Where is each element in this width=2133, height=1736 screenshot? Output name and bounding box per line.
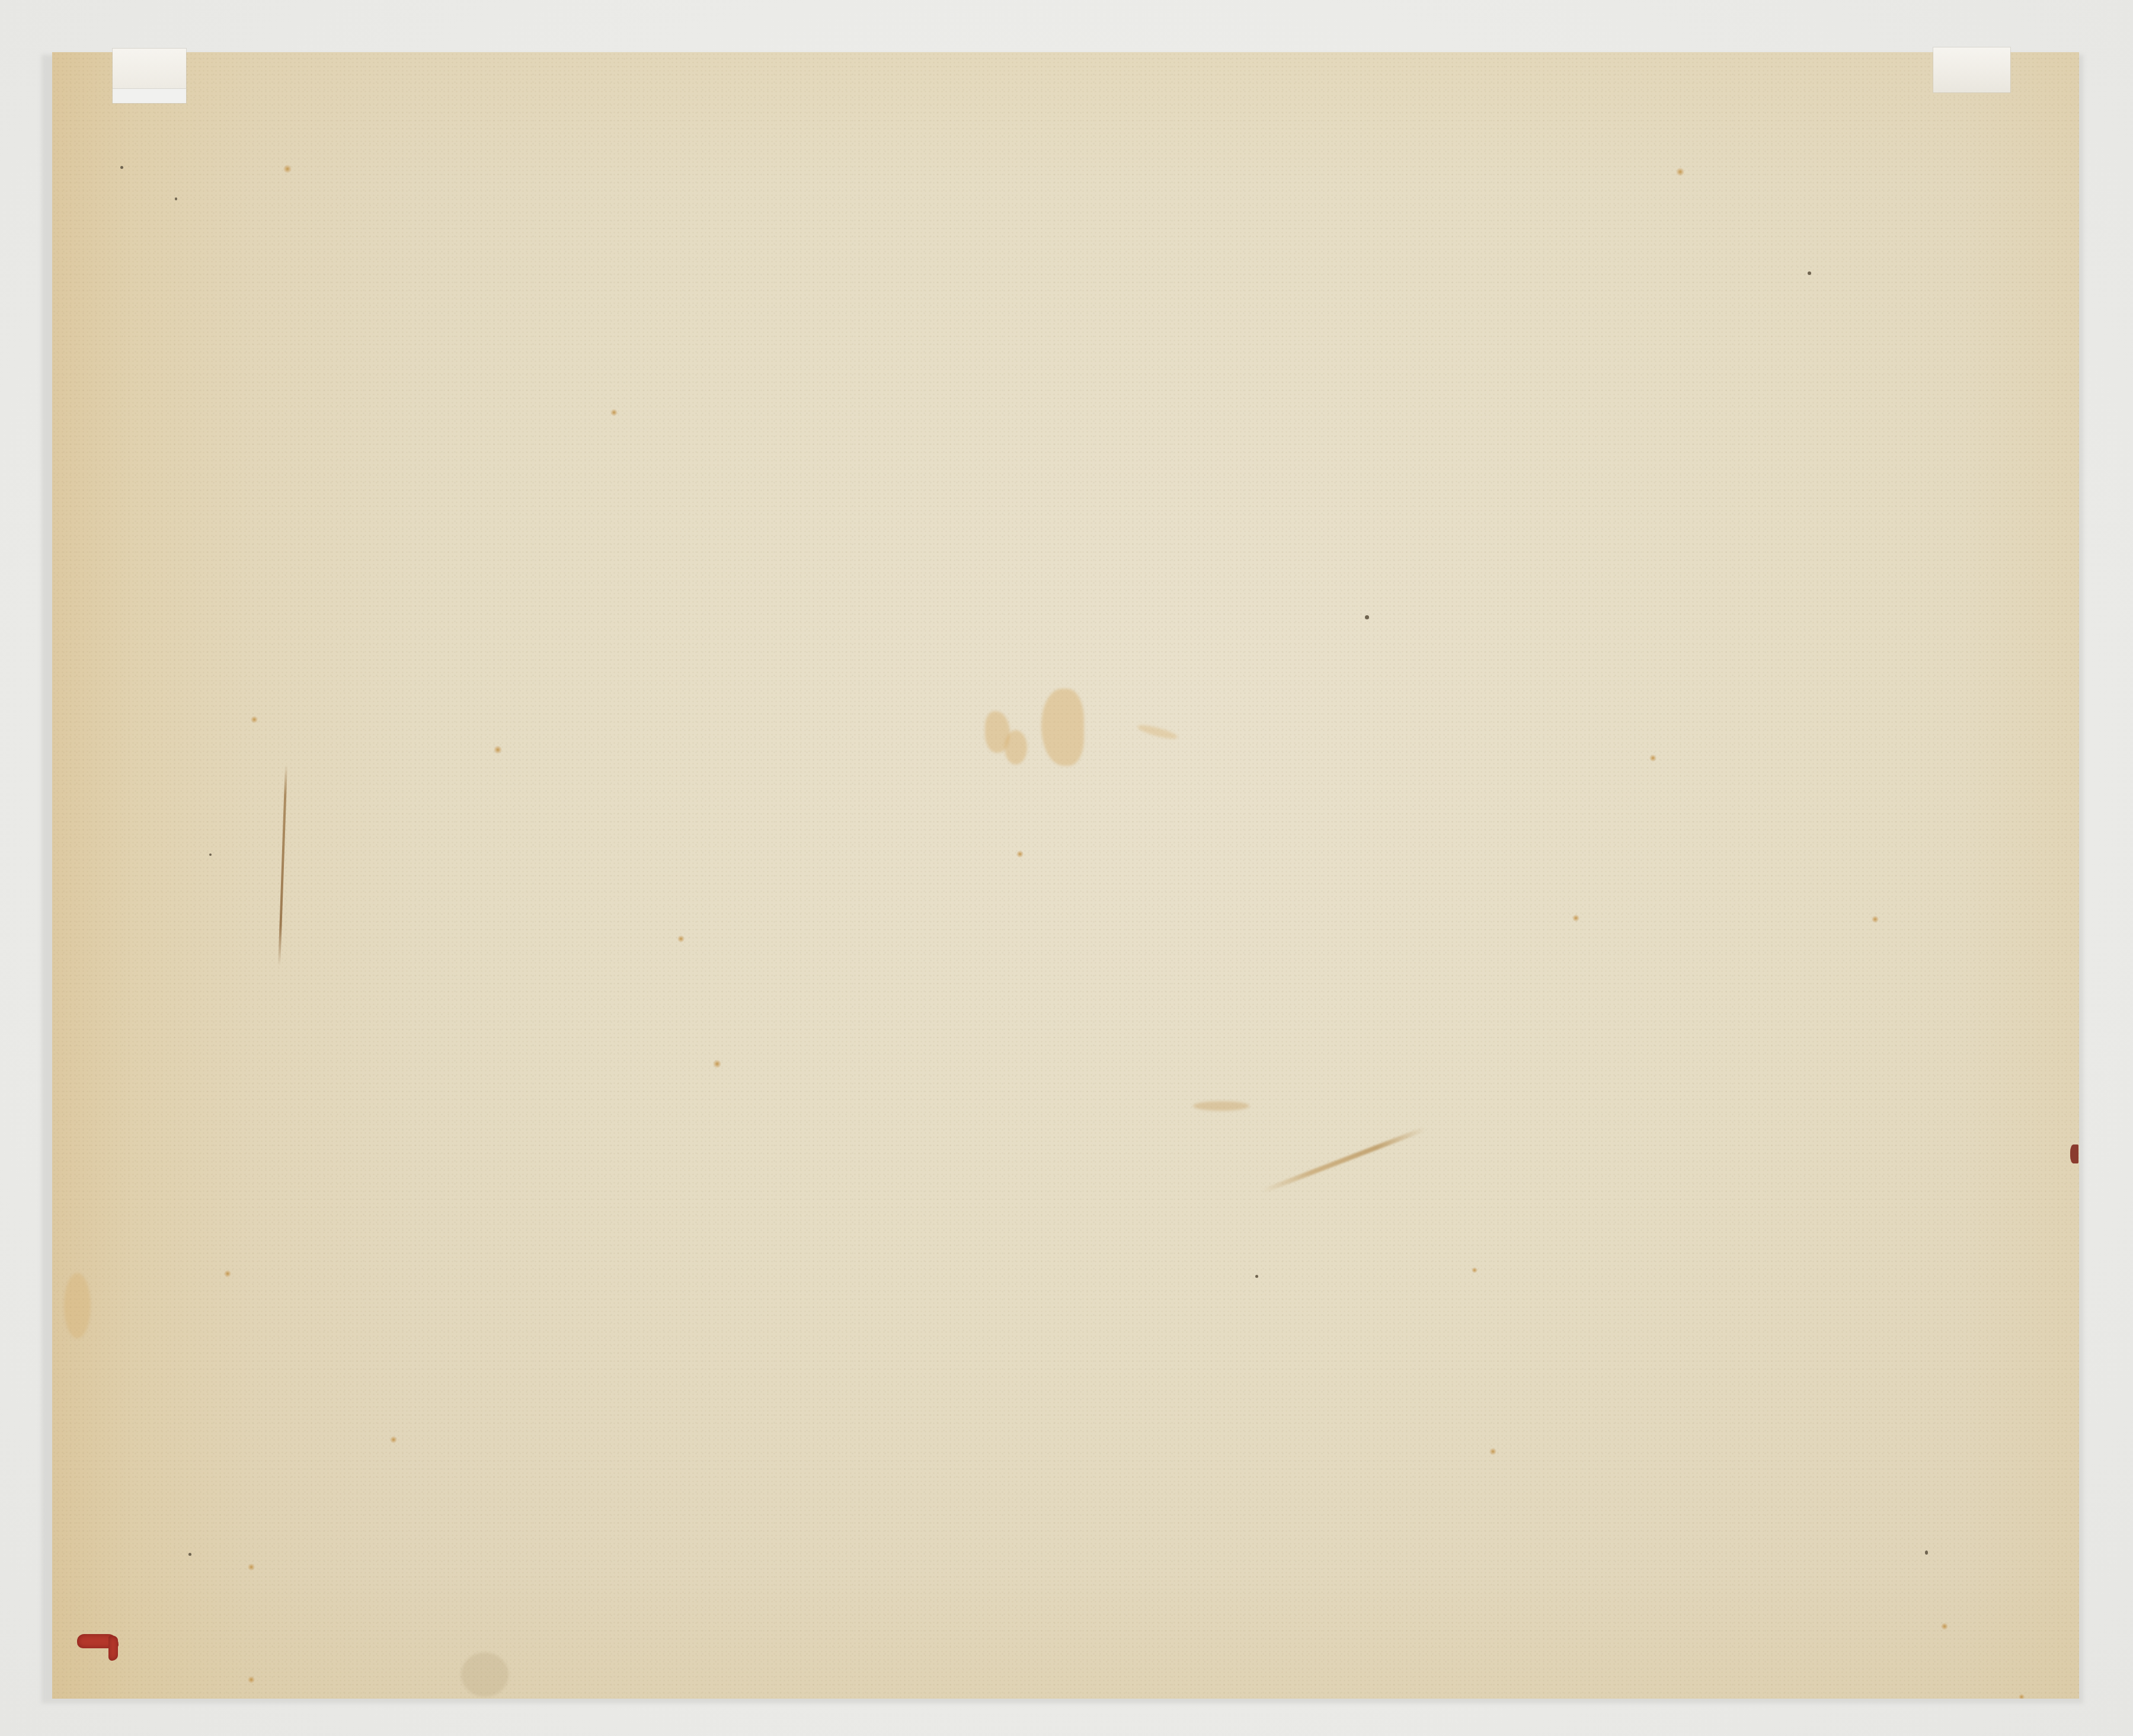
foxing-spot [713,1060,721,1068]
foxing-spot [1676,168,1684,176]
foxing-spot [283,165,292,173]
foxing-spot [677,935,685,942]
foxing-spot [1941,1623,1948,1630]
foxing-spot [1572,915,1579,922]
foxing-spot [2019,1694,2025,1699]
foxing-spot [1472,1267,1478,1273]
paper-grain-texture [52,52,2079,1699]
foxing-spot [1872,916,1879,923]
smudge [1193,1101,1249,1111]
red-wax-fragment [108,1636,118,1661]
tape-fold [113,88,186,103]
water-stain [1005,730,1027,765]
dirt-speck [1925,1550,1928,1555]
water-stain [1041,689,1084,766]
foxing-spot [1016,851,1024,858]
dirt-speck [188,1553,191,1556]
hinge-tape-left [113,49,186,103]
foxing-spot [224,1270,231,1277]
water-stain [64,1273,91,1338]
foxing-spot [248,1564,255,1571]
dirt-speck [120,166,123,169]
foxing-spot [248,1676,255,1683]
dirt-speck [1808,271,1811,275]
foxing-spot [1649,754,1656,762]
hinge-tape-right [1933,47,2010,92]
foxing-spot [390,1436,397,1443]
aged-paper-sheet [52,52,2079,1699]
foxing-spot [610,409,618,416]
smudge [461,1652,509,1697]
foxing-spot [494,746,502,754]
foxing-spot [1489,1448,1496,1455]
dirt-speck [175,197,177,200]
red-edge-speck [2070,1144,2078,1163]
foxing-spot [251,716,258,723]
dirt-speck [1255,1275,1258,1278]
dirt-speck [209,853,212,856]
dirt-speck [1365,615,1369,619]
